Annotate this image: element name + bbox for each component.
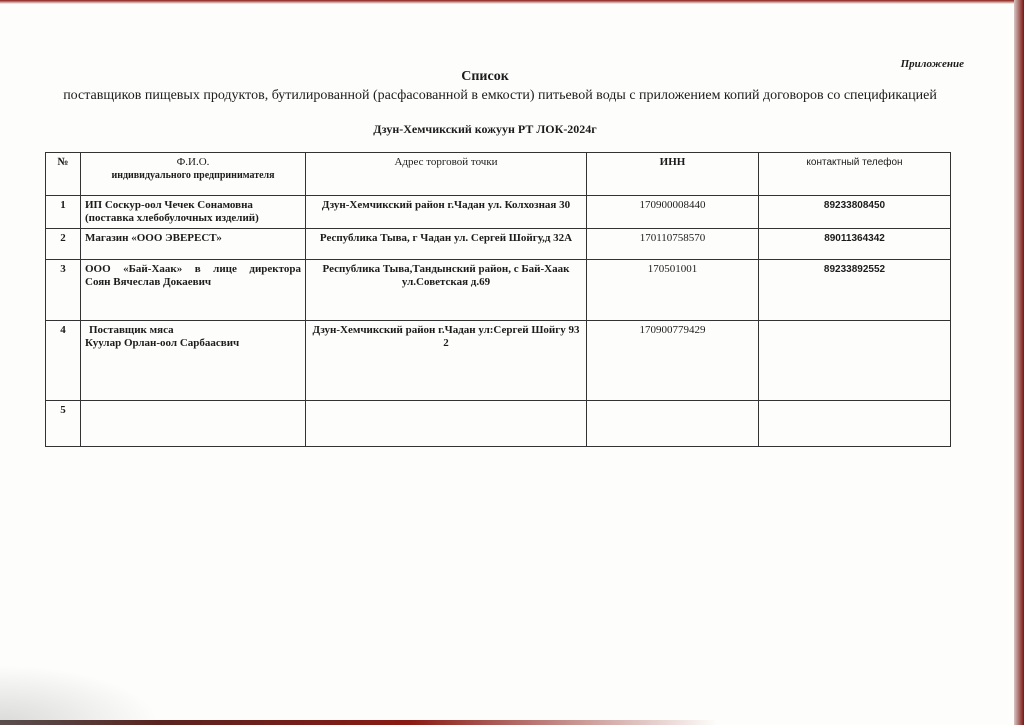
cell-name-line1: ООО «Бай-Хаак» в лице директора xyxy=(85,263,301,276)
cell-inn: 170900779429 xyxy=(587,321,759,401)
scan-shadow xyxy=(0,665,160,725)
cell-name-line2: Соян Вячеслав Докаевич xyxy=(85,276,301,289)
header-name: Ф.И.О. индивидуального предпринимателя xyxy=(81,153,306,196)
header-num: № xyxy=(46,153,81,196)
district-line: Дзун-Хемчикский кожуун РТ ЛОК-2024г xyxy=(0,122,970,137)
cell-name: ООО «Бай-Хаак» в лице директора Соян Вяч… xyxy=(81,260,306,321)
document-subtitle: поставщиков пищевых продуктов, бутилиров… xyxy=(30,87,970,104)
scan-edge-right xyxy=(1014,0,1024,725)
table-row: 2 Магазин «ООО ЭВЕРЕСТ» Республика Тыва,… xyxy=(46,229,951,260)
header-phone: контактный телефон xyxy=(759,153,951,196)
cell-name-line2: Куулар Орлан-оол Сарбаасвич xyxy=(85,337,301,350)
cell-phone: 89233892552 xyxy=(759,260,951,321)
cell-name-line2: (поставка хлебобулочных изделий) xyxy=(85,212,301,225)
cell-inn xyxy=(587,401,759,447)
table-header-row: № Ф.И.О. индивидуального предпринимателя… xyxy=(46,153,951,196)
cell-address xyxy=(306,401,587,447)
header-name-line2: индивидуального предпринимателя xyxy=(85,169,301,182)
cell-inn: 170501001 xyxy=(587,260,759,321)
header-address: Адрес торговой точки xyxy=(306,153,587,196)
cell-name-line1: Поставщик мяса xyxy=(85,324,301,337)
cell-num: 4 xyxy=(46,321,81,401)
table-row: 4 Поставщик мяса Куулар Орлан-оол Сарбаа… xyxy=(46,321,951,401)
cell-name xyxy=(81,401,306,447)
cell-name: Поставщик мяса Куулар Орлан-оол Сарбаасв… xyxy=(81,321,306,401)
cell-inn: 170900008440 xyxy=(587,196,759,229)
document-title: Список xyxy=(0,69,970,85)
cell-phone: 89233808450 xyxy=(759,196,951,229)
cell-address: Республика Тыва, г Чадан ул. Сергей Шойг… xyxy=(306,229,587,260)
header-inn: ИНН xyxy=(587,153,759,196)
cell-name: ИП Соскур-оол Чечек Сонамовна (поставка … xyxy=(81,196,306,229)
cell-address: Дзун-Хемчикский район г.Чадан ул. Колхоз… xyxy=(306,196,587,229)
cell-num: 2 xyxy=(46,229,81,260)
table-row: 1 ИП Соскур-оол Чечек Сонамовна (поставк… xyxy=(46,196,951,229)
cell-address: Республика Тыва,Тандынский район, с Бай-… xyxy=(306,260,587,321)
cell-phone xyxy=(759,321,951,401)
cell-num: 1 xyxy=(46,196,81,229)
table-row: 3 ООО «Бай-Хаак» в лице директора Соян В… xyxy=(46,260,951,321)
table-row: 5 xyxy=(46,401,951,447)
suppliers-table: № Ф.И.О. индивидуального предпринимателя… xyxy=(45,152,951,447)
scan-edge-top xyxy=(0,0,1024,4)
cell-name-line1: ИП Соскур-оол Чечек Сонамовна xyxy=(85,199,301,212)
cell-inn: 170110758570 xyxy=(587,229,759,260)
cell-name-line1: Магазин «ООО ЭВЕРЕСТ» xyxy=(85,232,301,245)
cell-name: Магазин «ООО ЭВЕРЕСТ» xyxy=(81,229,306,260)
cell-num: 3 xyxy=(46,260,81,321)
cell-phone xyxy=(759,401,951,447)
cell-address: Дзун-Хемчикский район г.Чадан ул:Сергей … xyxy=(306,321,587,401)
cell-num: 5 xyxy=(46,401,81,447)
header-name-line1: Ф.И.О. xyxy=(85,156,301,169)
cell-phone: 89011364342 xyxy=(759,229,951,260)
